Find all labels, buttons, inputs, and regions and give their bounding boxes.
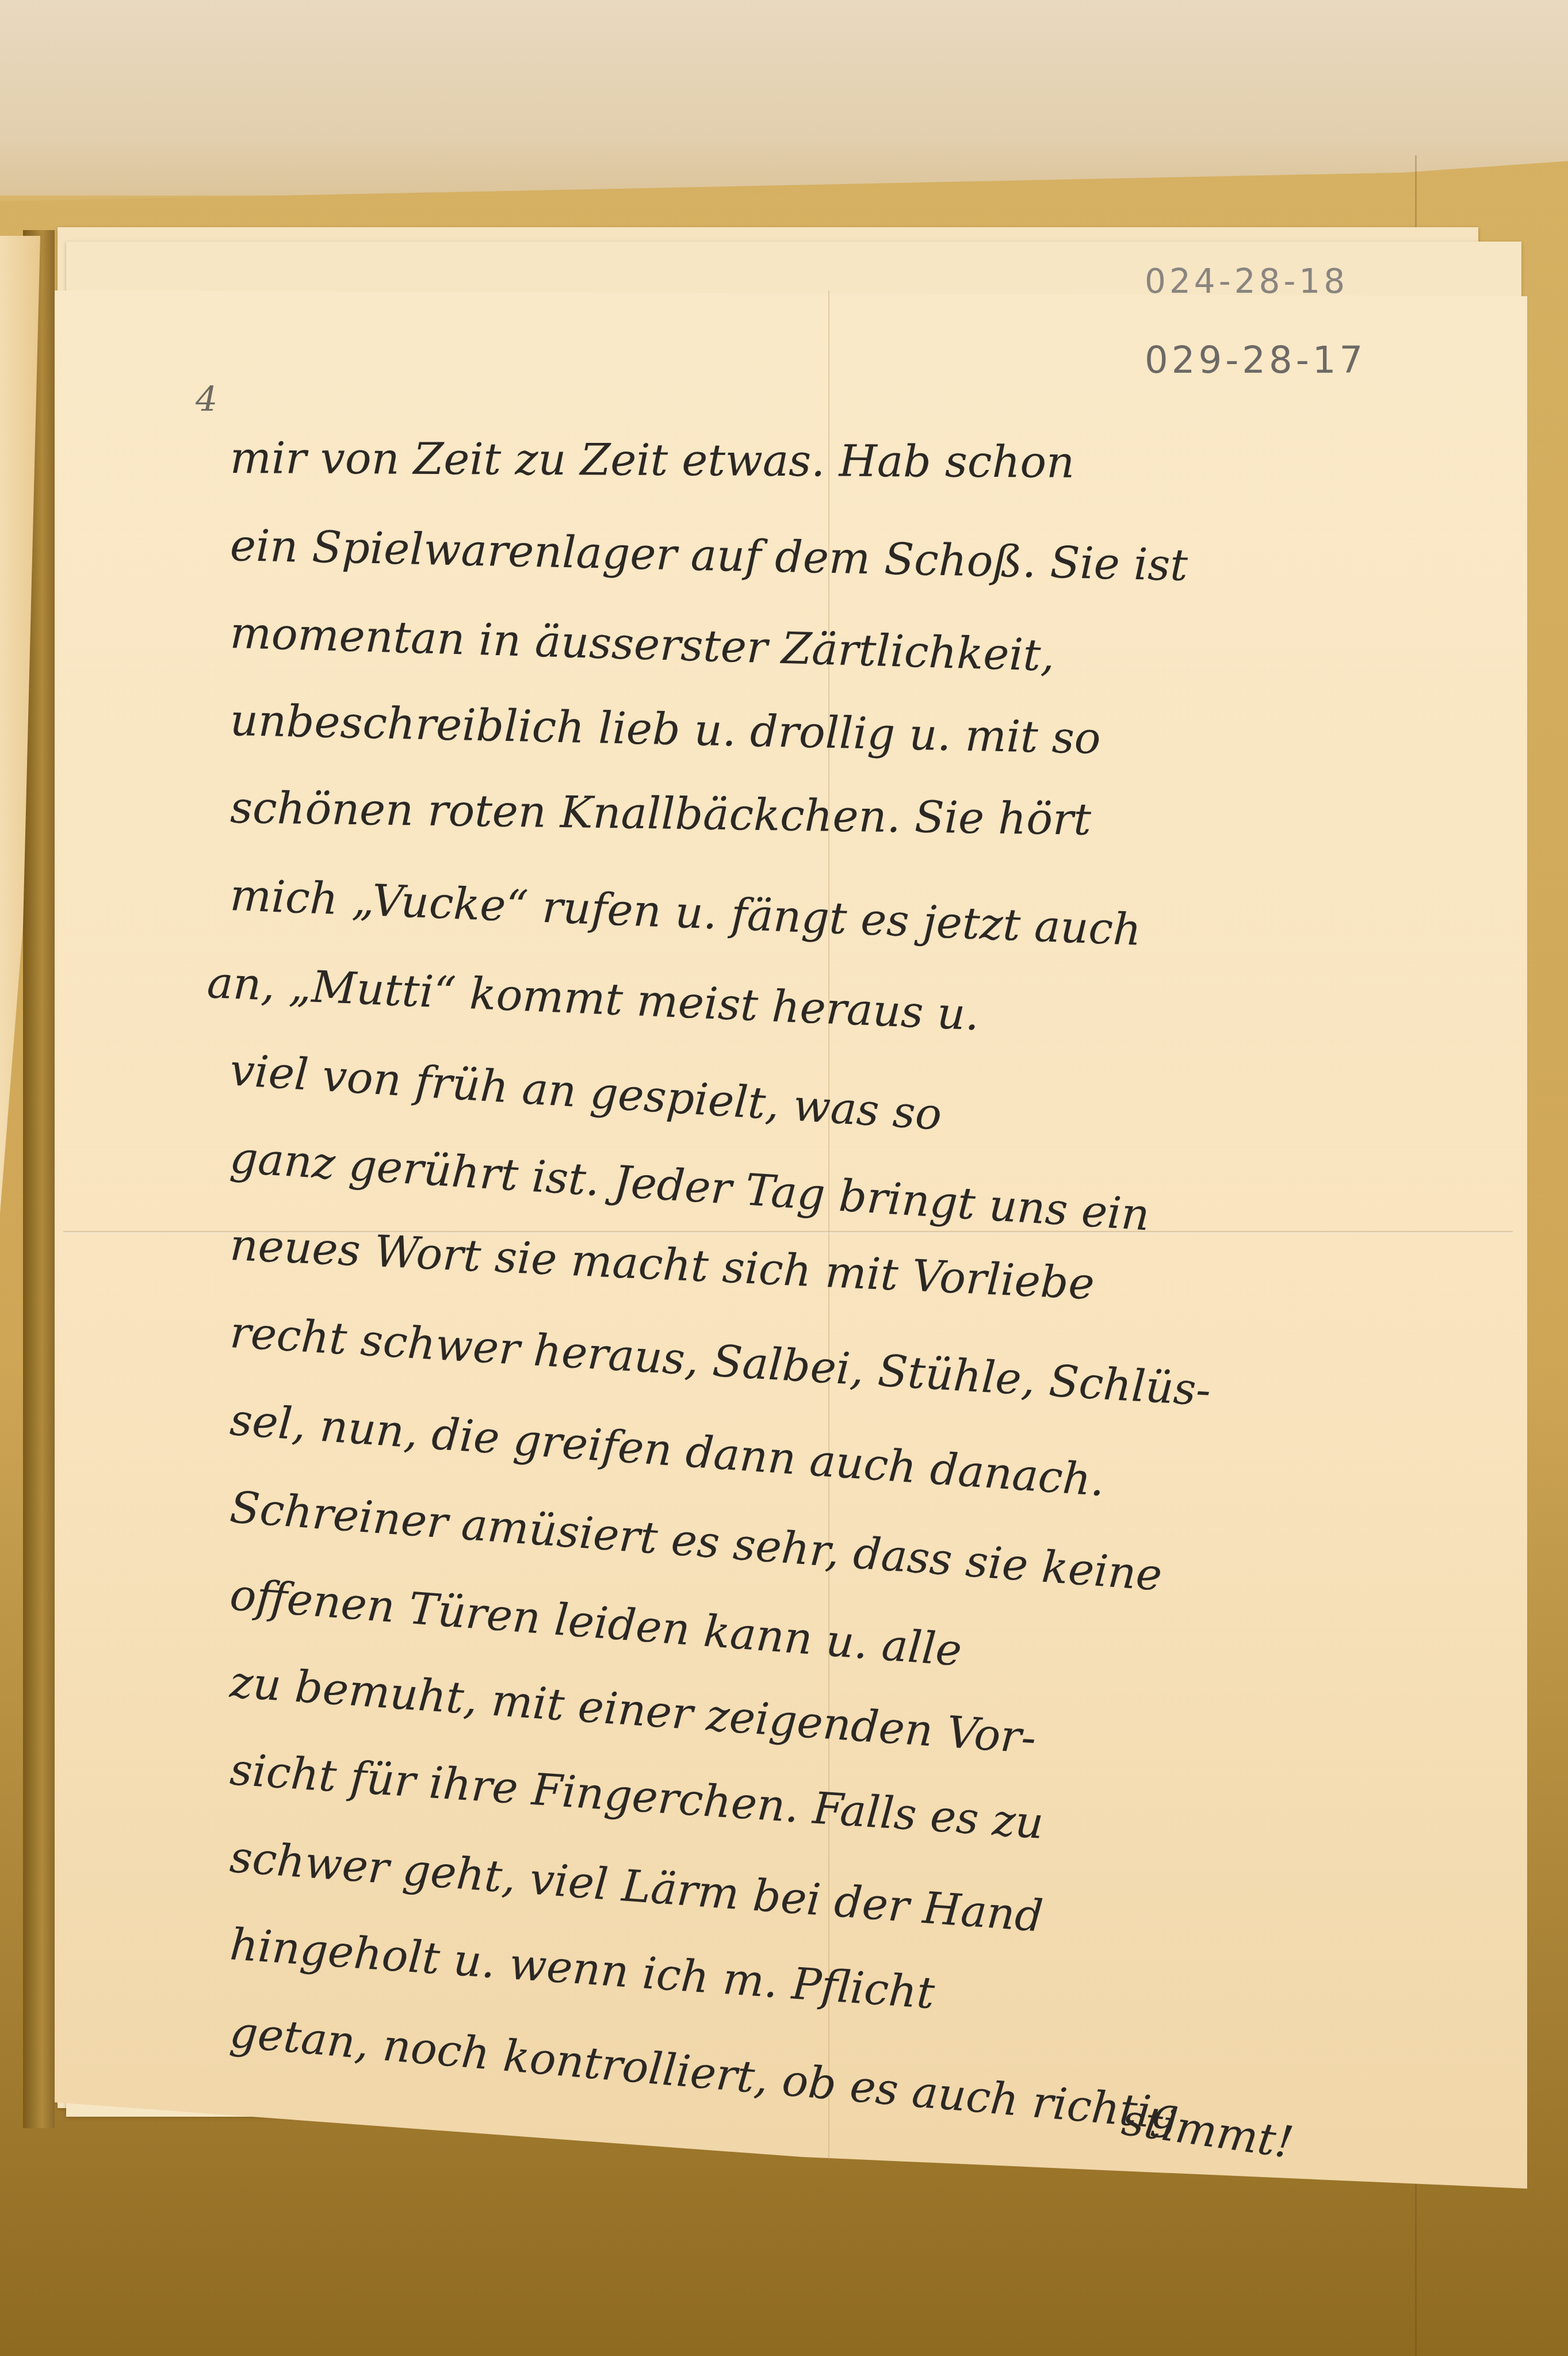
letter-line: schönen roten Knallbäckchen. Sie hört [230, 764, 1485, 869]
archive-number-front: 029-28-17 [1145, 339, 1366, 382]
page-number: 4 [196, 380, 217, 420]
letter-line: mir von Zeit zu Zeit etwas. Hab schon [230, 414, 1485, 508]
table-surface [0, 0, 1568, 196]
letter-body: mir von Zeit zu Zeit etwas. Hab schon ei… [230, 414, 1484, 2075]
